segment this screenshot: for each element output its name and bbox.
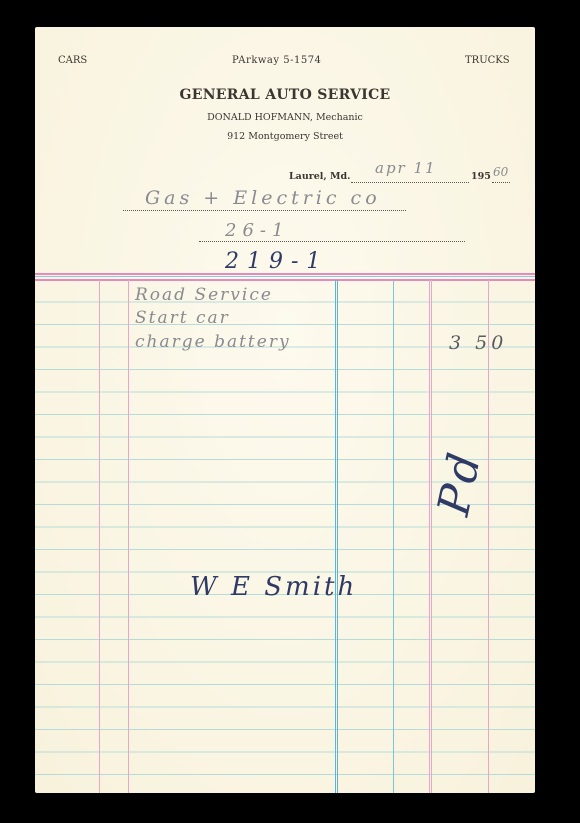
column-line-pink-2 — [128, 280, 129, 793]
year-prefix: 195 — [471, 171, 491, 182]
header-rule-blue — [35, 276, 535, 277]
address-line: 912 Montgomery Street — [35, 131, 535, 142]
customer-dotted-line — [123, 210, 406, 211]
business-name: GENERAL AUTO SERVICE — [35, 87, 535, 103]
account-dotted-line — [199, 241, 465, 242]
column-line-pink-double-a — [429, 280, 430, 793]
line-item-amount: 3 50 — [449, 332, 507, 354]
invoice-paper: CARS PArkway 5-1574 TRUCKS GENERAL AUTO … — [35, 27, 535, 793]
date-handwritten: apr 11 — [375, 159, 437, 177]
year-handwritten: 60 — [493, 165, 508, 179]
trucks-label: TRUCKS — [465, 55, 510, 66]
line-item-description: charge battery — [135, 332, 291, 352]
header-rule-pink-top — [35, 273, 535, 275]
line-item-description: Start car — [135, 308, 230, 328]
column-line-pink-double-b — [431, 280, 432, 793]
customer-name: Gas + Electric co — [145, 187, 381, 209]
account-line-1: 26-1 — [225, 220, 289, 241]
ruled-lines — [35, 280, 535, 793]
line-item-description: Road Service — [135, 285, 273, 305]
proprietor-line: DONALD HOFMANN, Mechanic — [35, 112, 535, 123]
year-dotted-line — [492, 182, 510, 183]
phone-number: PArkway 5-1574 — [232, 55, 321, 66]
signature: W E Smith — [190, 572, 357, 602]
column-line-blue-double-a — [335, 280, 336, 793]
place-label: Laurel, Md. — [289, 171, 350, 182]
cars-label: CARS — [58, 55, 87, 66]
date-dotted-line — [351, 182, 469, 183]
column-line-blue-double-b — [337, 280, 338, 793]
account-line-2: 219-1 — [225, 249, 328, 274]
column-line-pink-1 — [99, 280, 100, 793]
column-line-pink-3 — [488, 280, 489, 793]
column-line-blue — [393, 280, 394, 793]
